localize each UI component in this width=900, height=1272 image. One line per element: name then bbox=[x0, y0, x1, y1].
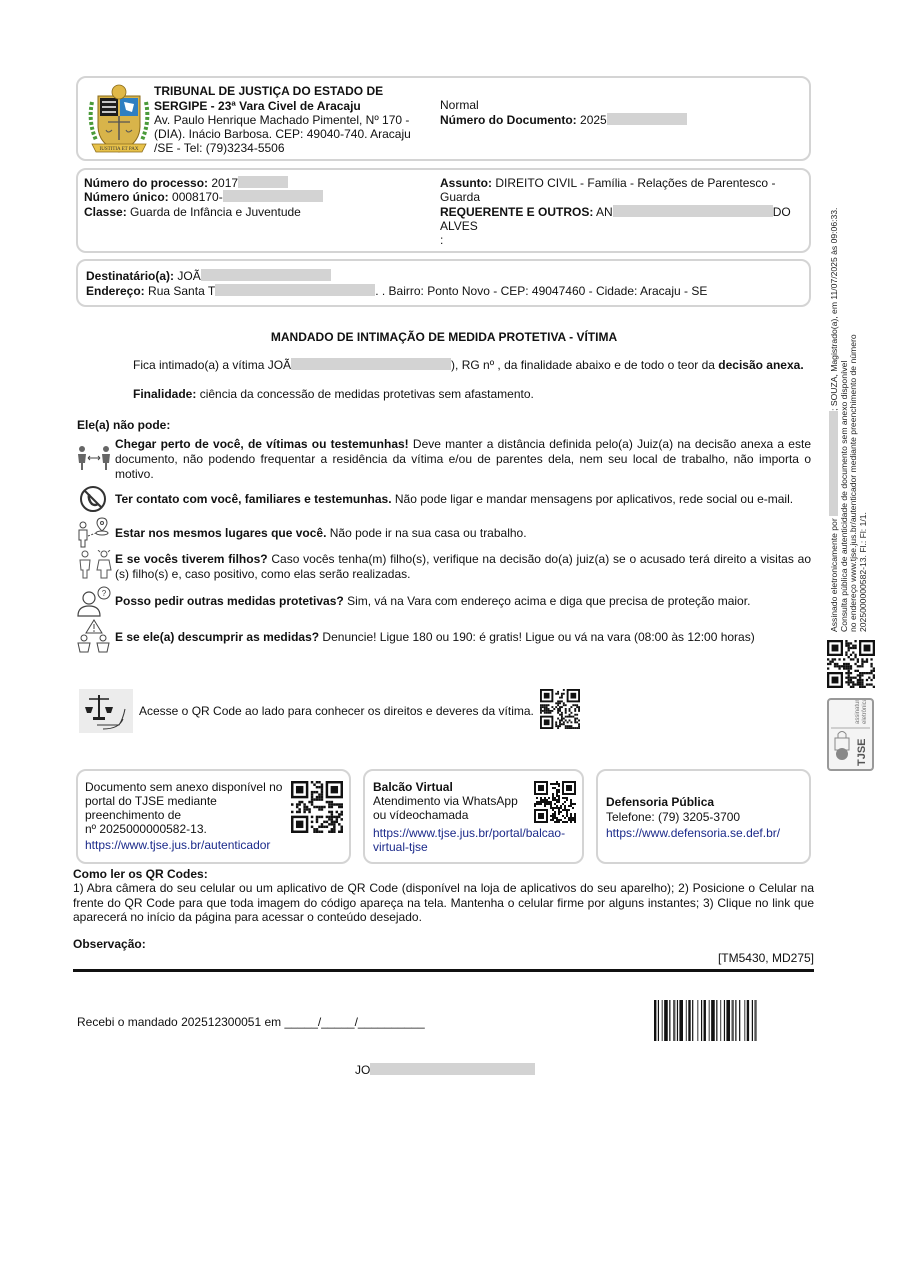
balcao-link[interactable]: https://www.tjse.jus.br/portal/balcao- v… bbox=[373, 826, 565, 854]
svg-text:eletrônica: eletrônica bbox=[862, 700, 868, 724]
item-other-measures: Posso pedir outras medidas protetivas? S… bbox=[115, 594, 811, 609]
recipient-name: Destinatário(a): JOÃ bbox=[86, 269, 331, 284]
intimation-text: Fica intimado(a) a vítima JOÃ), RG nº , … bbox=[133, 358, 804, 373]
redaction bbox=[215, 284, 375, 296]
court-address-2: (DIA). Inácio Barbosa. CEP: 49040-740. A… bbox=[154, 127, 411, 142]
svg-text:TJSE: TJSE bbox=[856, 738, 868, 766]
item-distance: Chegar perto de você, de vítimas ou test… bbox=[115, 437, 811, 482]
balcao-qr-code[interactable] bbox=[534, 781, 576, 823]
priority-label: Normal bbox=[440, 98, 479, 113]
subject: Assunto: DIREITO CIVIL - Família - Relaç… bbox=[440, 176, 775, 191]
redaction bbox=[238, 176, 288, 188]
person-question-icon: ? bbox=[76, 586, 112, 618]
item-noncompliance: E se ele(a) descumprir as medidas? Denun… bbox=[115, 630, 811, 645]
requerente-line-2: ALVES bbox=[440, 219, 478, 234]
observation-label: Observação: bbox=[73, 937, 146, 952]
redaction bbox=[607, 113, 687, 125]
rights-text: Acesse o QR Code ao lado para conhecer o… bbox=[139, 704, 534, 719]
side-qr-code[interactable] bbox=[827, 640, 875, 688]
item-children: E se vocês tiverem filhos? Caso vocês te… bbox=[115, 552, 811, 582]
barcode bbox=[654, 1000, 788, 1041]
distance-people-icon bbox=[76, 445, 112, 471]
cannot-heading: Ele(a) não pode: bbox=[77, 418, 170, 433]
unique-number: Número único: 0008170- bbox=[84, 190, 323, 205]
person-location-icon bbox=[76, 516, 112, 548]
court-name: TRIBUNAL DE JUSTIÇA DO ESTADO DE bbox=[154, 84, 383, 99]
redaction bbox=[829, 411, 838, 516]
subject-line-2: Guarda bbox=[440, 190, 480, 205]
court-vara: SERGIPE - 23ª Vara Civel de Aracaju bbox=[154, 99, 361, 114]
document-qr-code[interactable] bbox=[291, 781, 343, 833]
document-card: Documento sem anexo disponível no portal… bbox=[76, 769, 351, 864]
court-address-3: /SE - Tel: (79)3234-5506 bbox=[154, 141, 285, 156]
requerente: REQUERENTE E OUTROS: ANDO bbox=[440, 205, 791, 220]
redaction bbox=[223, 190, 323, 202]
court-coat-of-arms-logo: IUSTITIA ET PAX bbox=[86, 82, 152, 158]
item-places: Estar nos mesmos lugares que você. Não p… bbox=[115, 526, 811, 541]
document-number: Número do Documento: 2025 bbox=[440, 113, 687, 128]
rights-qr-code[interactable] bbox=[540, 689, 580, 730]
qr-help-title: Como ler os QR Codes: bbox=[73, 867, 208, 882]
observation-codes: [TM5430, MD275] bbox=[718, 951, 814, 966]
recipient-address: Endereço: Rua Santa T. . Bairro: Ponto N… bbox=[86, 284, 707, 299]
process-number: Número do processo: 2017 bbox=[84, 176, 288, 191]
svg-text:?: ? bbox=[102, 589, 107, 598]
electronic-signature-badge: TJSE assinatura eletrônica bbox=[827, 698, 874, 771]
redaction bbox=[201, 269, 331, 281]
redaction bbox=[613, 205, 773, 217]
side-signature-stamp: Assinado eletronicamente por ; SOUZA, Ma… bbox=[829, 208, 868, 632]
receipt-text: Recebi o mandado 202512300051 em _____/_… bbox=[77, 1015, 425, 1030]
process-info-box: Número do processo: 2017 Número único: 0… bbox=[76, 168, 811, 253]
colon-line: : bbox=[440, 233, 443, 248]
children-icon bbox=[77, 550, 113, 580]
scales-hand-icon bbox=[79, 689, 133, 733]
item-contact: Ter contato com você, familiares e teste… bbox=[115, 492, 811, 507]
signer-name: JO bbox=[355, 1063, 535, 1078]
defensoria-card: Defensoria Pública Telefone: (79) 3205-3… bbox=[596, 769, 811, 864]
svg-text:assinatura: assinatura bbox=[855, 700, 861, 724]
court-address-1: Av. Paulo Henrique Machado Pimentel, Nº … bbox=[154, 113, 409, 128]
authenticator-link[interactable]: https://www.tjse.jus.br/autenticador bbox=[85, 838, 282, 852]
defensoria-phone: Telefone: (79) 3205-3700 bbox=[606, 810, 780, 825]
svg-text:IUSTITIA ET PAX: IUSTITIA ET PAX bbox=[100, 147, 139, 152]
redaction bbox=[370, 1063, 535, 1075]
finalidade: Finalidade: ciência da concessão de medi… bbox=[133, 387, 534, 402]
no-phone-icon bbox=[79, 485, 107, 513]
defensoria-link[interactable]: https://www.defensoria.se.def.br/ bbox=[606, 826, 780, 841]
divider bbox=[73, 969, 814, 972]
qr-help-text: 1) Abra câmera do seu celular ou um apli… bbox=[73, 881, 814, 925]
defensoria-title: Defensoria Pública bbox=[606, 795, 780, 810]
warning-people-icon bbox=[76, 619, 112, 653]
class: Classe: Guarda de Infância e Juventude bbox=[84, 205, 301, 220]
balcao-card: Balcão Virtual Atendimento via WhatsApp … bbox=[363, 769, 584, 864]
redaction bbox=[291, 358, 451, 370]
document-title: MANDADO DE INTIMAÇÃO DE MEDIDA PROTETIVA… bbox=[0, 330, 888, 345]
header-box: IUSTITIA ET PAX TRIBUNAL DE JUSTIÇA DO E… bbox=[76, 76, 811, 161]
recipient-box: Destinatário(a): JOÃ Endereço: Rua Santa… bbox=[76, 259, 811, 307]
